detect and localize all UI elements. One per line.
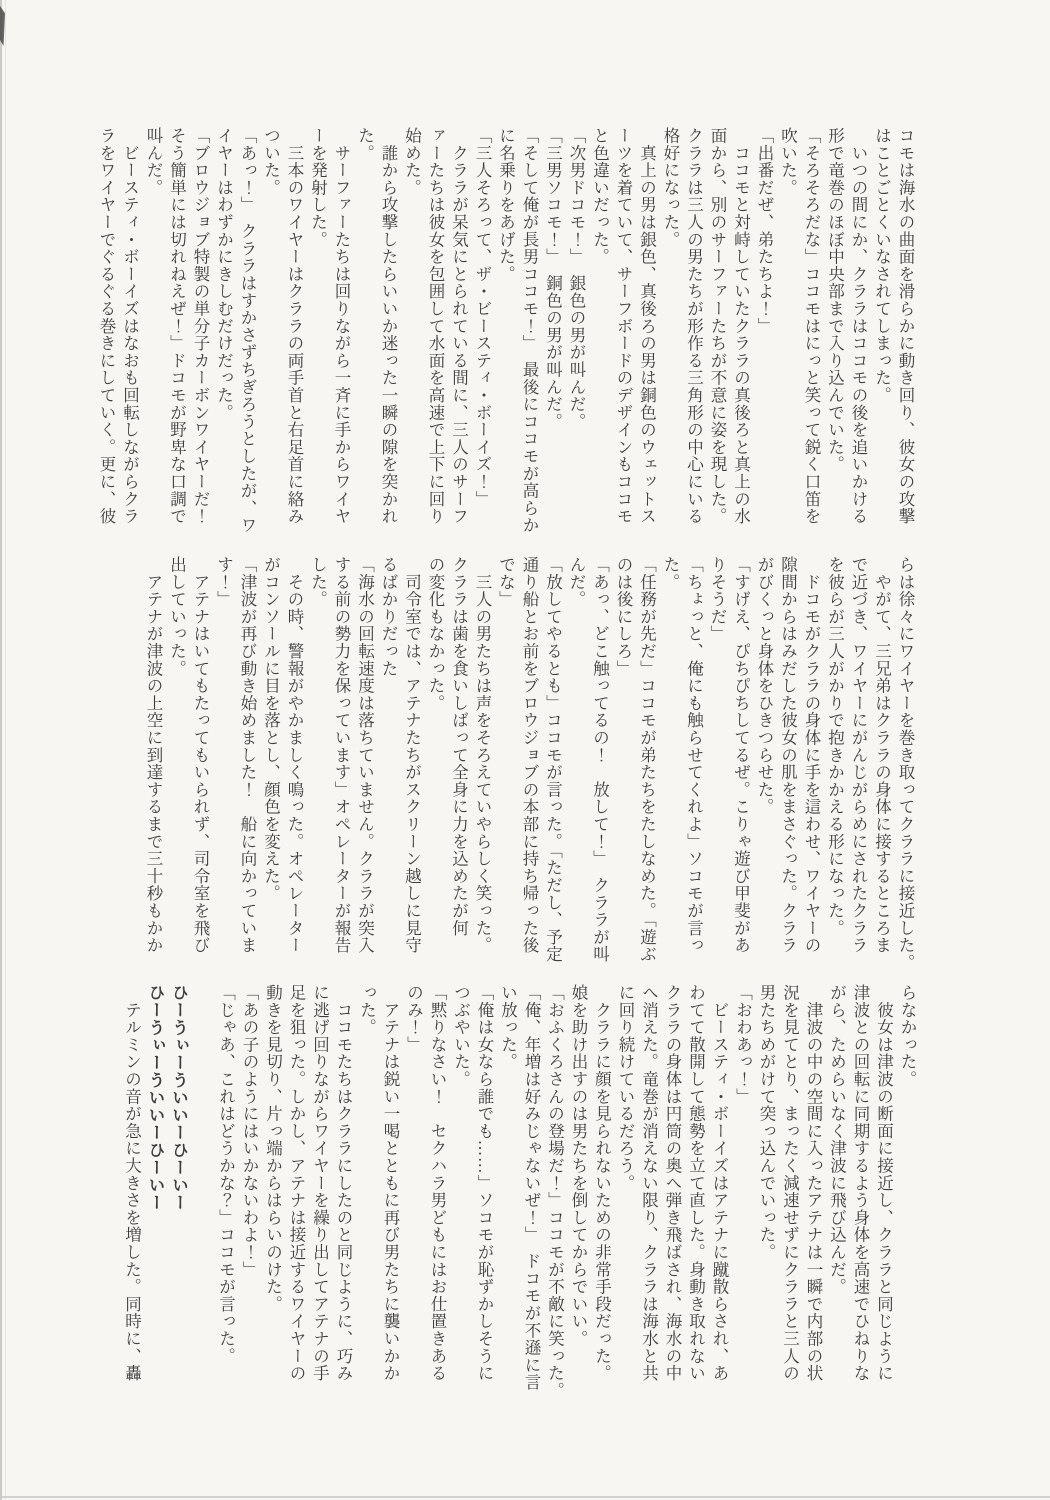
- text-column: アテナはいてもたってもいられず、司令室を飛び: [189, 556, 213, 971]
- text-column: 足を狙った。しかし、アテナは接近するワイヤーの: [285, 984, 309, 1399]
- text-column: ァーたちは彼女を包囲して水面を高速で上下に回り: [424, 127, 448, 534]
- text-column: 通り船とお前をブロウジョブの本部に持ち帰った後: [518, 556, 542, 971]
- text-column: クララは三人の男たちが形作る三角形の中心にいる: [682, 127, 706, 534]
- scan-edge-left: [0, 0, 2, 1500]
- text-column: 出していった。: [165, 556, 189, 971]
- scan-edge-bottom: [0, 1496, 1050, 1498]
- text-column: ついた。: [259, 127, 283, 534]
- text-column: 吹いた。: [776, 127, 800, 534]
- text-column: るばかりだった: [377, 556, 401, 971]
- text-column: ビースティ・ボーイズはアテナに蹴散らされ、あ: [708, 984, 732, 1399]
- text-column: す！」: [212, 556, 236, 971]
- text-column: 「俺、年増は好みじゃないぜ！」 ドコモが不遜に言: [520, 984, 544, 1399]
- text-column: 「三男ソコモ！」 銅色の男が叫んだ。: [541, 127, 565, 534]
- text-column: 「おふくろさんの登場だ！」ココモが不敵に笑った。: [543, 984, 567, 1399]
- text-column: 隙間からはみだした彼女の肌をまさぐった。クララ: [776, 556, 800, 971]
- text-column: に逃げ回りながらワイヤーを繰り出してアテナの手: [308, 984, 332, 1399]
- text-column: 「ブロウジョブ特製の単分子カーボンワイヤーだ！: [189, 127, 213, 534]
- text-column: 彼女は津波の断面に接近し、クララと同じように: [872, 984, 896, 1399]
- text-column: 「津波が再び動き始めました！ 船に向かっていま: [236, 556, 260, 971]
- text-column: 三人の男たちは声をそろえていやらしく笑った。: [471, 556, 495, 971]
- text-column: クララに顔を見られないための非常手段だった。: [590, 984, 614, 1399]
- text-column: りそうだ」: [706, 556, 730, 971]
- text-column: する前の勢力を保っています」オペレーターが報告: [330, 556, 354, 971]
- text-column: 形で竜巻のほぼ中央部まで入り込んでいた。: [823, 127, 847, 534]
- text-block-top: コモは海水の曲面を滑らかに動き回り、彼女の攻撃はことごとくいなされてしまった。 …: [95, 127, 918, 534]
- text-column: ーを発射した。: [306, 127, 330, 534]
- scanned-novel-page: コモは海水の曲面を滑らかに動き回り、彼女の攻撃はことごとくいなされてしまった。 …: [0, 0, 1050, 1500]
- text-column: がコンソールに目を落とし、顔色を変えた。: [259, 556, 283, 971]
- text-column: アテナが津波の上空に到達するまで三十秒もかか: [142, 556, 166, 971]
- text-column: ドコモがクララの身体に手を這わせ、ワイヤーの: [800, 556, 824, 971]
- text-column: に名乗りをあげた。: [494, 127, 518, 534]
- text-column: がら、ためらいなく津波に飛び込んだ。: [825, 984, 849, 1399]
- text-column: いつの間にか、クララはココモの後を追いかける: [847, 127, 871, 534]
- text-column: ココモたちはクララにしたのと同じように、巧み: [332, 984, 356, 1399]
- text-block-bottom: らなかった。 彼女は津波の断面に接近し、クララと同じように津波との回転に同期する…: [120, 984, 919, 1399]
- text-column: で近づき、ワイヤーにがんじがらめにされたクララ: [847, 556, 871, 971]
- text-column: 始めた。: [400, 127, 424, 534]
- text-column: やがて、三兄弟はクララの身体に接するところま: [870, 556, 894, 971]
- text-block-middle: らは徐々にワイヤーを巻き取ってクララに接近した。 やがて、三兄弟はクララの身体に…: [142, 556, 918, 971]
- text-column: った。: [355, 984, 379, 1399]
- text-column: い放った。: [496, 984, 520, 1399]
- text-column: 真上の男は銀色、真後ろの男は銅色のウェットス: [635, 127, 659, 534]
- text-column: アテナは鋭い一喝とともに再び男たちに襲いかか: [379, 984, 403, 1399]
- text-column: 「すげえ、ぴちぴちしてるぜ。こりゃ遊び甲斐があ: [729, 556, 753, 971]
- text-column: ココモと対峙していたクララの真後ろと真上の水: [729, 127, 753, 534]
- text-column: 「おわあっ！」: [731, 984, 755, 1399]
- text-column: 「出番だぜ、弟たちよ！」: [753, 127, 777, 534]
- text-column: ビースティ・ボーイズはなおも回転しながらクラ: [118, 127, 142, 534]
- text-column: らは徐々にワイヤーを巻き取ってクララに接近した。: [894, 556, 918, 971]
- text-column: 「俺は女なら誰でも……」ソコモが恥ずかしそうに: [473, 984, 497, 1399]
- text-column: のみ！」: [402, 984, 426, 1399]
- text-column: でな」: [494, 556, 518, 971]
- text-column: へ消えた。竜巻が消えない限り、クララは海水と共: [637, 984, 661, 1399]
- text-column: 「黙りなさい！ セクハラ男どもにはお仕置きある: [426, 984, 450, 1399]
- text-column: 「じゃあ、これはどうかな？」ココモが言った。: [214, 984, 238, 1399]
- text-column: 娘を助け出すのは男たちを倒してからでいい。: [567, 984, 591, 1399]
- text-column: 誰から攻撃したらいいか迷った一瞬の隙を突かれ: [377, 127, 401, 534]
- text-column: らなかった。: [896, 984, 920, 1399]
- text-column: 格好になった。: [659, 127, 683, 534]
- text-column: サーファーたちは回りながら一斉に手からワイヤ: [330, 127, 354, 534]
- text-column: はことごとくいなされてしまった。: [870, 127, 894, 534]
- text-column: イヤーはわずかにきしむだけだった。: [212, 127, 236, 534]
- text-column: した。: [306, 556, 330, 971]
- text-column: 「あの子のようにはいかないわよ！」: [238, 984, 262, 1399]
- text-column: 叫んだ。: [142, 127, 166, 534]
- text-column: 司令室では、アテナたちがスクリーン越しに見守: [400, 556, 424, 971]
- text-column: 「あっ！」 クララはすかさずちぎろうとしたが、ワ: [236, 127, 260, 534]
- text-column: クララが呆気にとられている間に、三人のサーフ: [447, 127, 471, 534]
- text-column: 津波との回転に同期するよう身体を高速でひねりな: [849, 984, 873, 1399]
- text-column: 男たちめがけて突っ込んでいった。: [755, 984, 779, 1399]
- text-column: た。: [353, 127, 377, 534]
- scan-edge-left-faint: [5, 0, 6, 1500]
- text-column: 「そろそろだな」ココモはにっと笑って鋭く口笛を: [800, 127, 824, 534]
- text-column: わてて散開して態勢を立て直した。身動き取れない: [684, 984, 708, 1399]
- text-column: そう簡単には切れねえぜ！」ドコモが野卑な口調で: [165, 127, 189, 534]
- text-column: 「三人そろって、ザ・ビースティ・ボーイズ！」: [471, 127, 495, 534]
- text-column: つぶやいた。: [449, 984, 473, 1399]
- text-column: 面から、別のサーファーたちが不意に姿を現した。: [706, 127, 730, 534]
- text-column: と色違いだった。: [588, 127, 612, 534]
- text-column: ーツを着ていて、サーフボードのデザインもココモ: [612, 127, 636, 534]
- text-column: その時、警報がやかましく鳴った。オペレーター: [283, 556, 307, 971]
- text-column: テルミンの音が急に大きさを増した。同時に、轟: [120, 984, 144, 1399]
- text-column: 動きを見切り、片っ端からはらいのけた。: [261, 984, 285, 1399]
- text-column: 況を見てとり、まったく減速せずにクララと三人の: [778, 984, 802, 1399]
- text-column: コモは海水の曲面を滑らかに動き回り、彼女の攻撃: [894, 127, 918, 534]
- text-column: 「次男ドコモ！」 銀色の男が叫んだ。: [565, 127, 589, 534]
- text-column: 「海水の回転速度は落ちていません。クララが突入: [353, 556, 377, 971]
- text-column: 「ちょっと、俺にも触らせてくれよ」ソコモが言っ: [682, 556, 706, 971]
- text-column: がびくっと身体をひきつらせた。: [753, 556, 777, 971]
- text-column: 津波の中の空間に入ったアテナは一瞬で内部の状: [802, 984, 826, 1399]
- blank-column: [191, 984, 215, 1399]
- text-column: のは後にしろ」: [612, 556, 636, 971]
- text-column: 「任務が先だ」ココモが弟たちをたしなめた。「遊ぶ: [635, 556, 659, 971]
- text-column: の変化もなかった。: [424, 556, 448, 971]
- text-column: 「あっ、どこ触ってるの！ 放して！」 クララが叫: [588, 556, 612, 971]
- text-column: 「放してやるとも」ココモが言った。「ただし、予定: [541, 556, 565, 971]
- text-column: んだ。: [565, 556, 589, 971]
- text-column: た。: [659, 556, 683, 971]
- text-column: 「そして俺が長男ココモ！」 最後にココモが高らか: [518, 127, 542, 534]
- sound-effect-line: ひーうぃーういいーひーいー: [144, 984, 168, 1399]
- text-column: クララは歯を食いしばって全身に力を込めたが何: [447, 556, 471, 971]
- text-column: ラをワイヤーでぐるぐる巻きにしていく。更に、彼: [95, 127, 119, 534]
- text-column: を彼らが三人がかりで抱きかかえる形になった。: [823, 556, 847, 971]
- sound-effect-line: ひーうぃーういいーひーいー: [167, 984, 191, 1399]
- text-column: クララの身体は円筒の奥へ弾き飛ばされ、海水の中: [661, 984, 685, 1399]
- text-column: に回り続けているだろう。: [614, 984, 638, 1399]
- text-column: 三本のワイヤーはクララの両手首と右足首に絡み: [283, 127, 307, 534]
